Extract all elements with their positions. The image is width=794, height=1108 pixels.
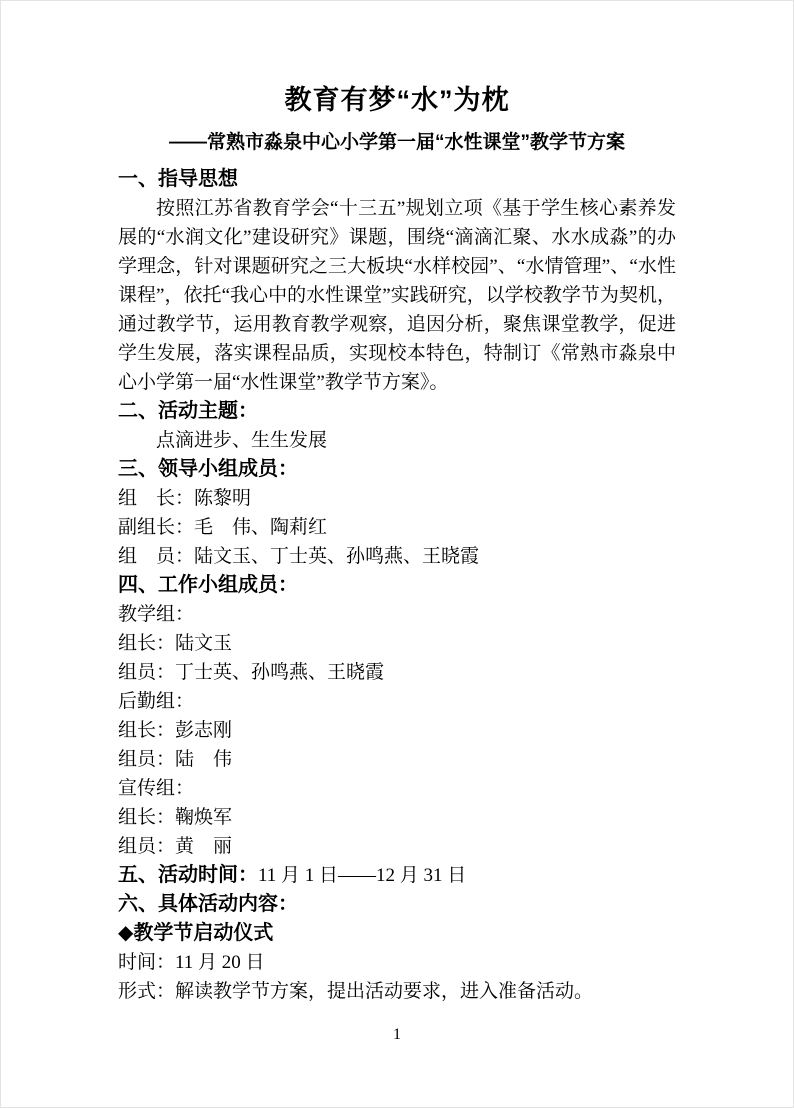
- activity-time-value: 11 月 1 日——12 月 31 日: [258, 865, 466, 886]
- page-number: 1: [1, 1027, 793, 1043]
- work-group-publicity-label: 宣传组：: [118, 774, 676, 803]
- leadership-group-deputy: 副组长：毛 伟、陶莉红: [118, 513, 676, 542]
- work-group-logistics-members: 组员：陆 伟: [118, 745, 676, 774]
- activity-theme-text: 点滴进步、生生发展: [118, 426, 676, 455]
- heading-activity-time: 五、活动时间：: [118, 864, 258, 886]
- launch-ceremony-time: 时间：11 月 20 日: [118, 948, 676, 977]
- heading-leadership-group: 三、领导小组成员：: [118, 455, 676, 484]
- work-group-logistics-leader: 组长：彭志刚: [118, 716, 676, 745]
- leadership-group-leader: 组 长：陈黎明: [118, 484, 676, 513]
- activity-time-line: 五、活动时间：11 月 1 日——12 月 31 日: [118, 861, 676, 890]
- heading-activity-theme: 二、活动主题：: [118, 397, 676, 426]
- doc-subtitle: ——常熟市淼泉中心小学第一届“水性课堂”教学节方案: [118, 132, 676, 154]
- heading-activity-content: 六、具体活动内容：: [118, 890, 676, 919]
- leadership-group-members: 组 员：陆文玉、丁士英、孙鸣燕、王晓霞: [118, 542, 676, 571]
- work-group-publicity-leader: 组长：鞠焕军: [118, 803, 676, 832]
- doc-title: 教育有梦“水”为枕: [118, 85, 676, 115]
- launch-ceremony-format: 形式：解读教学节方案，提出活动要求，进入准备活动。: [118, 977, 676, 1006]
- work-group-publicity-members: 组员：黄 丽: [118, 832, 676, 861]
- guiding-thought-paragraph: 按照江苏省教育学会“十三五”规划立项《基于学生核心素养发展的“水润文化”建设研究…: [118, 194, 676, 397]
- doc-body: 一、指导思想 按照江苏省教育学会“十三五”规划立项《基于学生核心素养发展的“水润…: [118, 165, 676, 1006]
- work-group-teaching-label: 教学组：: [118, 600, 676, 629]
- work-group-teaching-members: 组员：丁士英、孙鸣燕、王晓霞: [118, 658, 676, 687]
- document-page: 教育有梦“水”为枕 ——常熟市淼泉中心小学第一届“水性课堂”教学节方案 一、指导…: [0, 0, 794, 1108]
- work-group-teaching-leader: 组长：陆文玉: [118, 629, 676, 658]
- heading-work-group: 四、工作小组成员：: [118, 571, 676, 600]
- subheading-launch-ceremony: ◆教学节启动仪式: [118, 919, 676, 948]
- heading-guiding-thought: 一、指导思想: [118, 165, 676, 194]
- work-group-logistics-label: 后勤组：: [118, 687, 676, 716]
